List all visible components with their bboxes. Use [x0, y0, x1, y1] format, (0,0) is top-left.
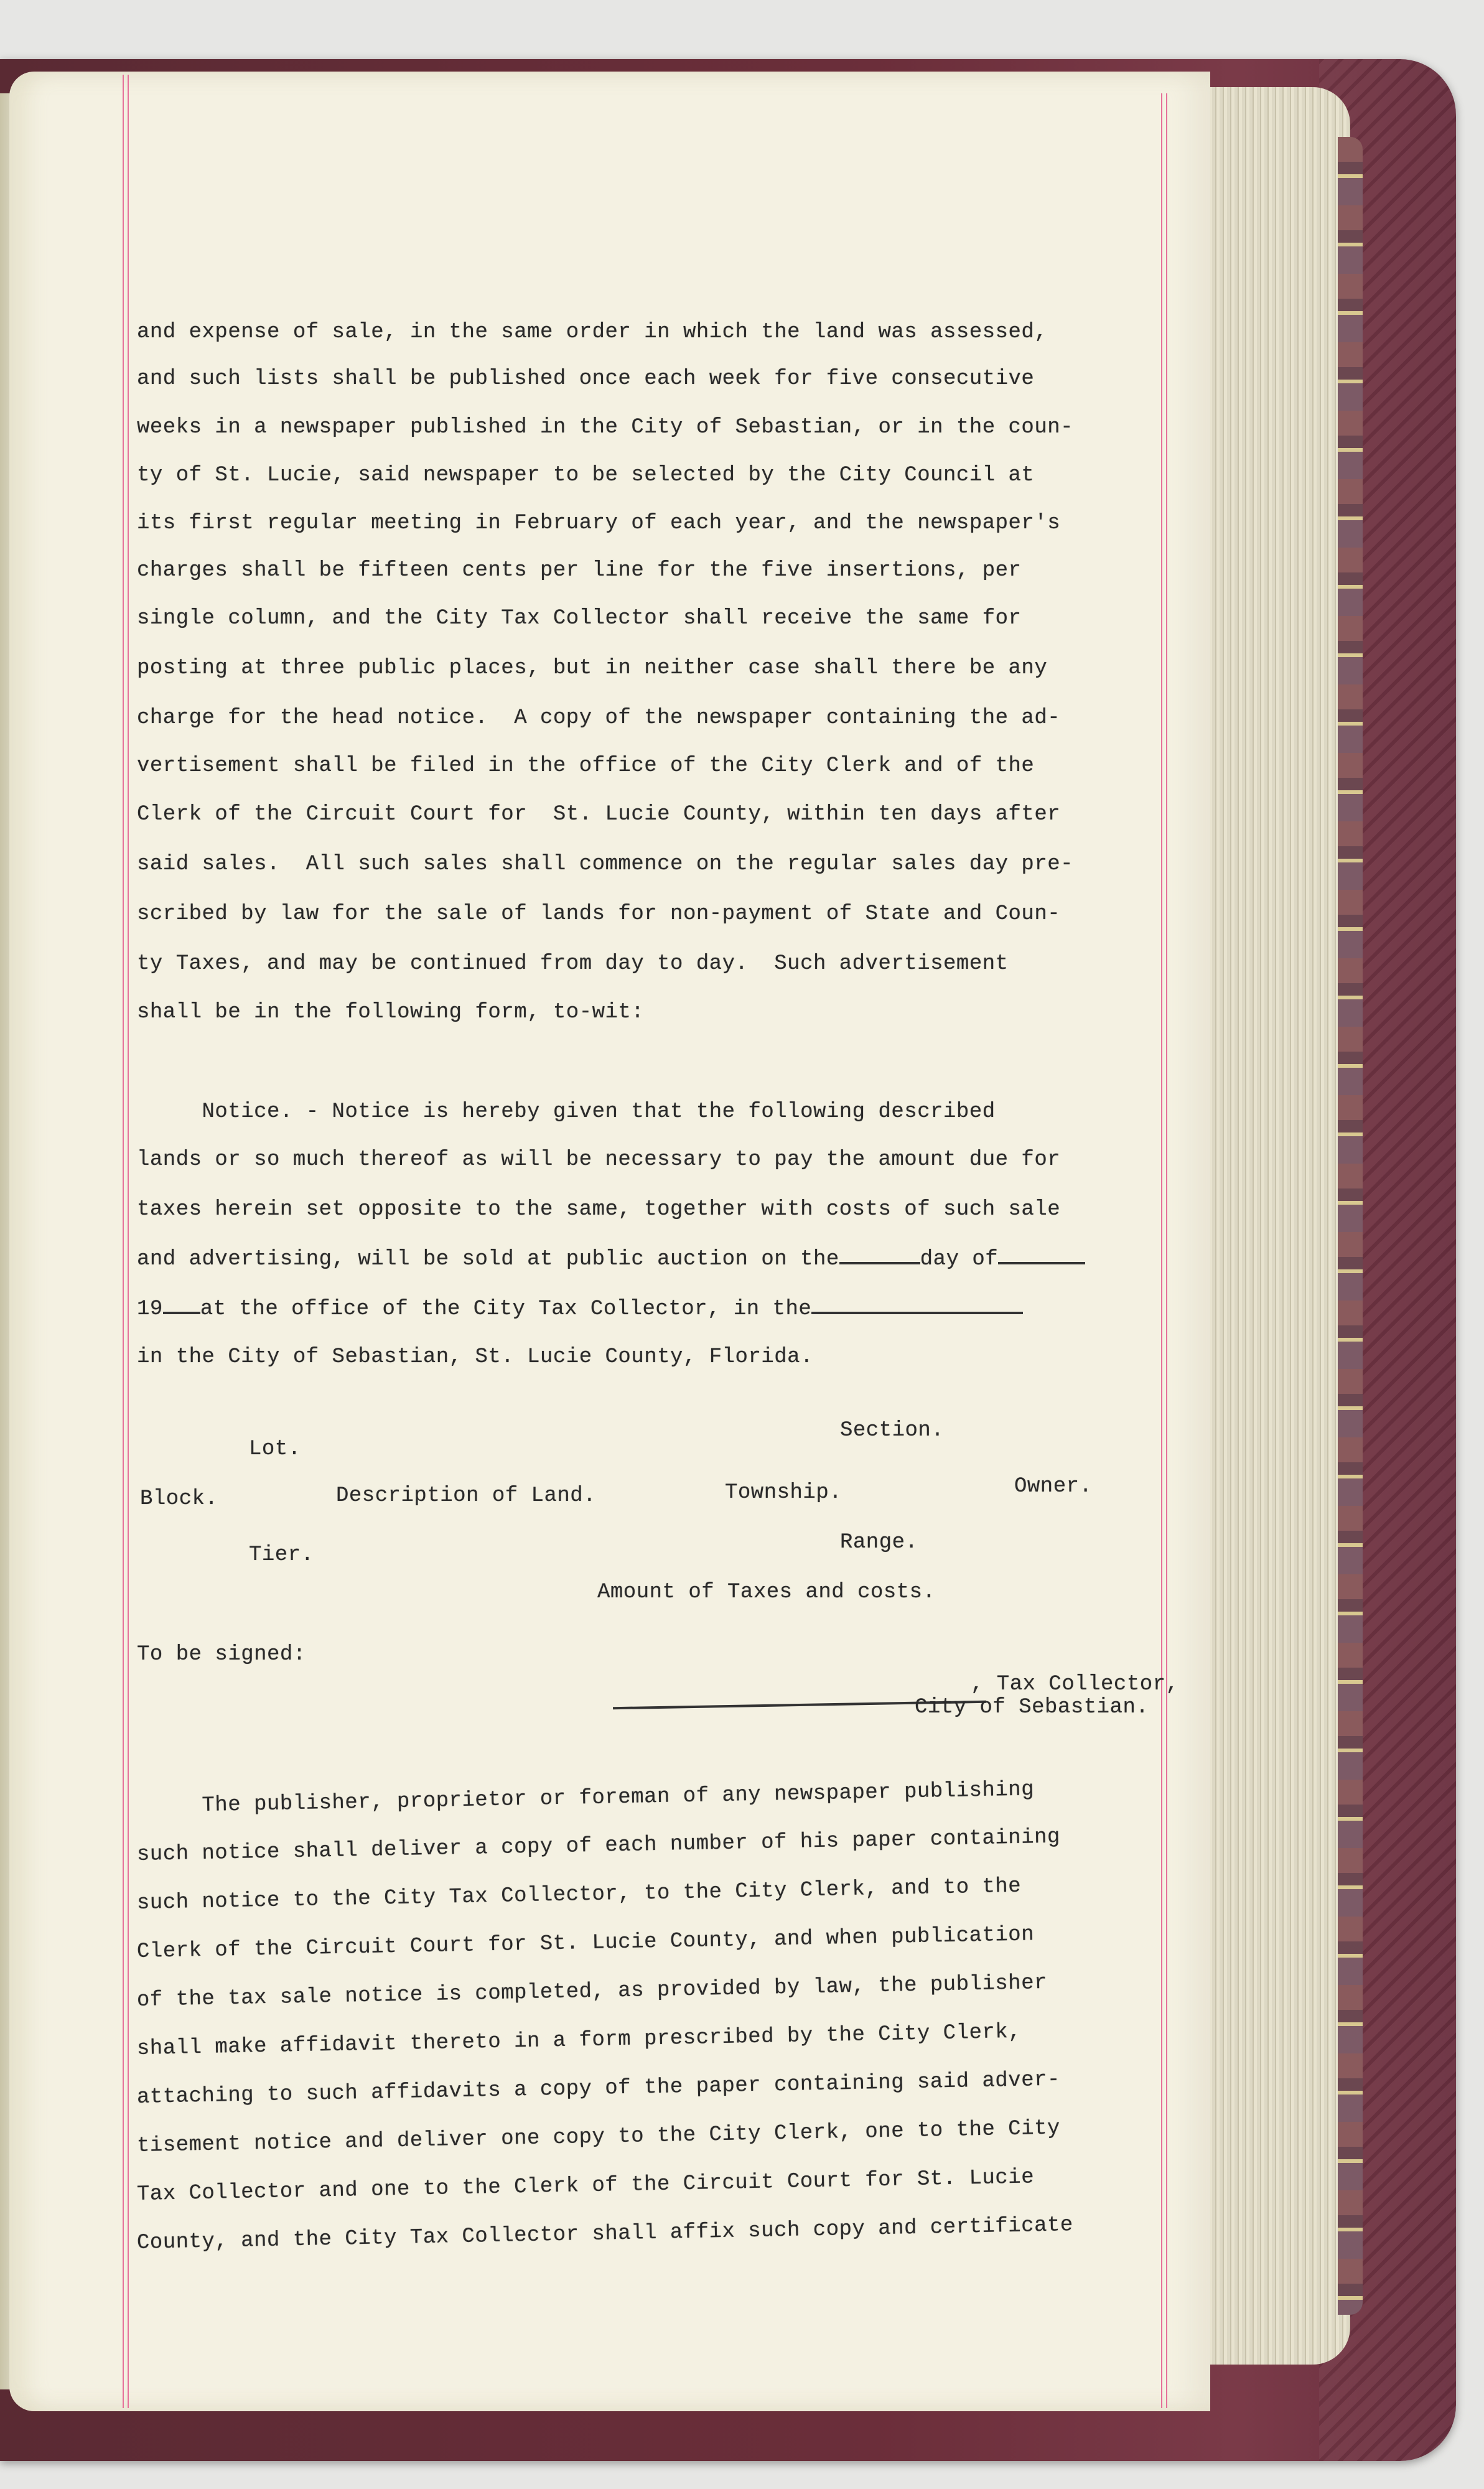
- text-line: 19at the office of the City Tax Collecto…: [137, 1297, 1023, 1321]
- notice-text: at the office of the City Tax Collector,…: [200, 1297, 811, 1321]
- year-prefix: 19: [137, 1297, 163, 1321]
- month-blank: [998, 1262, 1085, 1264]
- location-blank: [811, 1312, 1023, 1314]
- header-block: Block.: [140, 1487, 218, 1511]
- signer-city: City of Sebastian.: [915, 1696, 1149, 1719]
- text-line: posting at three public places, but in n…: [137, 656, 1047, 680]
- header-amount: Amount of Taxes and costs.: [597, 1581, 936, 1604]
- text-line: Clerk of the Circuit Court for St. Lucie…: [137, 803, 1060, 826]
- text-line: vertisement shall be filed in the office…: [137, 754, 1034, 778]
- text-line: in the City of Sebastian, St. Lucie Coun…: [137, 1345, 813, 1369]
- notice-text: and advertising, will be sold at public …: [137, 1248, 839, 1271]
- right-margin-rule: [1161, 93, 1167, 2408]
- header-description: Description of Land.: [336, 1484, 596, 1508]
- header-tier: Tier.: [249, 1543, 314, 1567]
- text-line: taxes herein set opposite to the same, t…: [137, 1198, 1060, 1221]
- signer-title: , Tax Collector,: [971, 1673, 1178, 1696]
- text-line: charge for the head notice. A copy of th…: [137, 706, 1060, 730]
- text-line: and advertising, will be sold at public …: [137, 1248, 1085, 1271]
- header-section: Section.: [840, 1419, 944, 1442]
- notice-text: day of: [920, 1248, 998, 1271]
- year-blank: [163, 1312, 200, 1314]
- text-line: Notice. - Notice is hereby given that th…: [137, 1100, 996, 1124]
- text-line: charges shall be fifteen cents per line …: [137, 559, 1021, 582]
- header-lot: Lot.: [249, 1437, 301, 1461]
- marbled-edge: [1338, 137, 1363, 2315]
- day-blank: [839, 1262, 920, 1264]
- left-margin-rule: [123, 75, 129, 2408]
- text-line: and such lists shall be published once e…: [137, 367, 1034, 391]
- text-line: its first regular meeting in February of…: [137, 511, 1060, 535]
- text-line: lands or so much thereof as will be nece…: [137, 1148, 1060, 1172]
- text-line: scribed by law for the sale of lands for…: [137, 902, 1060, 926]
- text-line: single column, and the City Tax Collecto…: [137, 607, 1021, 630]
- text-line: ty of St. Lucie, said newspaper to be se…: [137, 464, 1034, 487]
- header-owner: Owner.: [1014, 1475, 1092, 1498]
- header-township: Township.: [725, 1481, 842, 1505]
- text-line: ty Taxes, and may be continued from day …: [137, 952, 1009, 976]
- text-line: said sales. All such sales shall commenc…: [137, 852, 1073, 876]
- text-line: weeks in a newspaper published in the Ci…: [137, 416, 1073, 439]
- header-range: Range.: [840, 1531, 918, 1554]
- text-line: shall be in the following form, to-wit:: [137, 1001, 644, 1024]
- to-be-signed-label: To be signed:: [137, 1643, 306, 1666]
- text-line: and expense of sale, in the same order i…: [137, 320, 1047, 344]
